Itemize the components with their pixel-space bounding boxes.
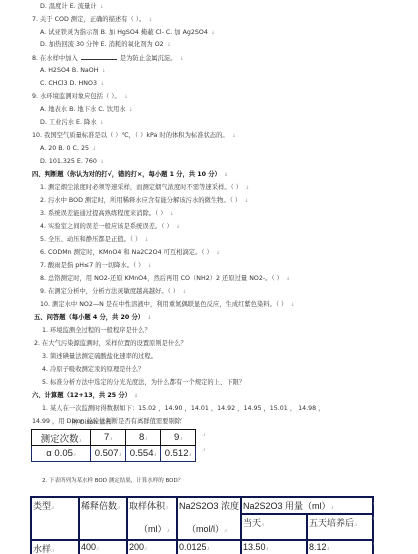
dixon-header-row: 测定次数.ı 7.ı 8.ı 9.ı xyxy=(32,430,196,446)
bod-header-concentration: Na2S2O3 浓度（mol/l）.ı xyxy=(177,497,241,540)
question-9: 9. 水环境监测对象应包括（ ）。↓ xyxy=(32,92,128,102)
row-end-mark: .ı xyxy=(202,447,205,453)
question-8-options-a-b: A. H2SO4 B. NaOH↓ xyxy=(40,66,106,76)
row-end-mark: .ı xyxy=(371,516,374,522)
row-end-mark: .ı xyxy=(371,501,374,507)
dixon-header-cell: 测定次数.ı xyxy=(32,430,91,446)
question-10: 10. 我国空气质量标准是以（ ）℃，（ ）kPa 时的体积为标准状态的。↓ xyxy=(32,131,236,141)
judge-item-5: 5. 全压、动压和静压都是正值。（ ）↓ xyxy=(40,235,149,245)
bod-header-day0: 当天.ı xyxy=(241,514,307,540)
bod-header-day5: 五天培养后.ı xyxy=(307,514,373,540)
essay-item-4: 4. 冷原子吸收测定汞的原理是什么？ xyxy=(42,365,144,374)
section-4-heading: 四、判断题（你认为对的打√，错的打×，每小题 1 分，共 10 分）↓ xyxy=(32,170,228,180)
dixon-header-cell: 8.ı xyxy=(126,430,161,446)
question-10-options-a-c: A. 20 B. 0 C. 25↓ xyxy=(40,144,96,154)
dixon-table: 测定次数.ı 7.ı 8.ı 9.ı α 0.05.ı 0.507.ı 0.55… xyxy=(31,429,196,462)
essay-item-1: 1. 环境监测全过程的一般程序是什么？ xyxy=(42,326,151,335)
bod-header-dilution: 稀释倍数.ı xyxy=(79,497,127,540)
bod-header-row-1: 类型.ı 稀释倍数.ı 取样体积.ı（ml）.ı Na2S2O3 浓度（mol/… xyxy=(31,497,373,514)
question-7-options-a-c: A. 试亚铁灵为指示剂 B. 加 HgSO4 掩蔽 Cl- C. 加 Ag2SO… xyxy=(40,28,215,38)
dixon-table-caption: 附 Dixon 值表 xyxy=(72,418,111,427)
bod-cell-type: 水样.ı xyxy=(31,540,79,554)
judge-item-6: 6. CODMn 测定时，KMnO4 和 Na2C2O4 可互相滴定。（ ）↓ xyxy=(40,248,220,258)
bod-data-row: 水样.ı 400.ı 200.ı 0.0125.ı 13.50.ı 8.12.ı xyxy=(31,540,373,554)
bod-cell-sample-volume: 200.ı xyxy=(127,540,177,554)
question-8-options-c-d: C. CHCl3 D. HNO3↓ xyxy=(40,79,104,89)
judge-item-3: 3. 系统误差能通过提高熟练程度来消除。（ ）↓ xyxy=(40,209,174,219)
dixon-header-cell: 9.ı xyxy=(161,430,196,446)
section-5-heading: 五、问答题（每小题 4 分，共 20 分）↓ xyxy=(34,313,151,323)
question-9-options-a-c: A. 地表水 B. 地下水 C. 饮用水↓ xyxy=(40,105,133,115)
bod-table: 类型.ı 稀释倍数.ı 取样体积.ı（ml）.ı Na2S2O3 浓度（mol/… xyxy=(30,496,374,554)
judge-item-1: 1. 测定烟尘浓度时必须等速采样，而测定烟气浓度时不需等速采样。（ ）↓ xyxy=(40,183,249,193)
essay-item-5: 5. 标准分析方法中选定的分光光度法，为什么都有一个规定的上、下限？ xyxy=(42,378,245,387)
question-7-options-d-e: D. 加热回流 30 分钟 E. 消耗的氧化剂为 O2↓ xyxy=(40,40,171,50)
essay-item-3: 3. 简述碘量法测定硫酸盐化速率的过程。 xyxy=(42,352,157,361)
row-end-mark: .ı xyxy=(202,432,205,438)
question-9-options-d-e: D. 工业污水 E. 降水↓ xyxy=(40,118,104,128)
calc-item-1: 1. 某人在一次监测时得数据如下：15.02 ，14.90 ，14.01 ，14… xyxy=(42,404,324,413)
dixon-value-row: α 0.05.ı 0.507.ı 0.554.ı 0.512.ı xyxy=(32,446,196,462)
question-8: 8. 在水样中加入是为防止金属沉淀。↓ xyxy=(32,53,184,64)
judge-item-2: 2. 污水中 BOD 测定时，所用稀释水应含有能分解该污水的微生物。（ ）↓ xyxy=(40,196,248,206)
bod-cell-day5: 8.12.ı xyxy=(307,540,373,554)
q6-options-d-e: D. 温度计 E. 流量计↓ xyxy=(40,2,104,12)
bod-header-type: 类型.ı xyxy=(31,497,79,540)
dixon-value-cell: 0.554.ı xyxy=(126,446,161,462)
judge-item-9: 9. 在测定分析中，分析方法灵敏度越高越好。（ ）↓ xyxy=(40,287,186,297)
dixon-value-cell: α 0.05.ı xyxy=(32,446,91,462)
judge-item-4: 4. 实验室之间的误差一般应该是系统误差。（ ）↓ xyxy=(40,222,180,232)
bod-header-usage: Na2S2O3 用量（ml）.ı xyxy=(241,497,373,514)
judge-item-10: 10. 测定水中 NO2—N 是在中性溶液中，利用重氮偶联显色反应，生成红紫色染… xyxy=(40,300,295,310)
bod-header-sample-volume: 取样体积.ı（ml）.ı xyxy=(127,497,177,540)
answer-blank xyxy=(81,53,117,60)
judge-item-7: 7. 酸雨是指 pH≤7 的一切降水。（ ）↓ xyxy=(40,261,152,271)
dixon-value-cell: 0.512.ı xyxy=(161,446,196,462)
bod-cell-concentration: 0.0125.ı xyxy=(177,540,241,554)
dixon-header-cell: 7.ı xyxy=(91,430,126,446)
bod-cell-day0: 13.50.ı xyxy=(241,540,307,554)
dixon-value-cell: 0.507.ı xyxy=(91,446,126,462)
judge-item-8: 8. 总铬测定时，用 NO2-还原 KMnO4，然后再用 CO（NH2）2 还原… xyxy=(40,274,290,284)
essay-item-2: 2. 在大气污染源监测时，采样位置的设置原则是什么？ xyxy=(34,339,187,348)
bod-cell-dilution: 400.ı xyxy=(79,540,127,554)
question-7: 7. 关于 COD 测定，正确的描述有（ ）。↓ xyxy=(32,15,152,25)
row-end-mark: .ı xyxy=(371,541,374,547)
calc-item-2: 2. 下表所列为某水样 BOD 测定结果，计算水样的 BOD？ xyxy=(42,477,183,486)
question-10-options-d-e: D. 101.325 E. 760↓ xyxy=(40,157,104,167)
section-6-heading: 六、计算题（12+13，共 25 分）↓ xyxy=(32,391,138,401)
